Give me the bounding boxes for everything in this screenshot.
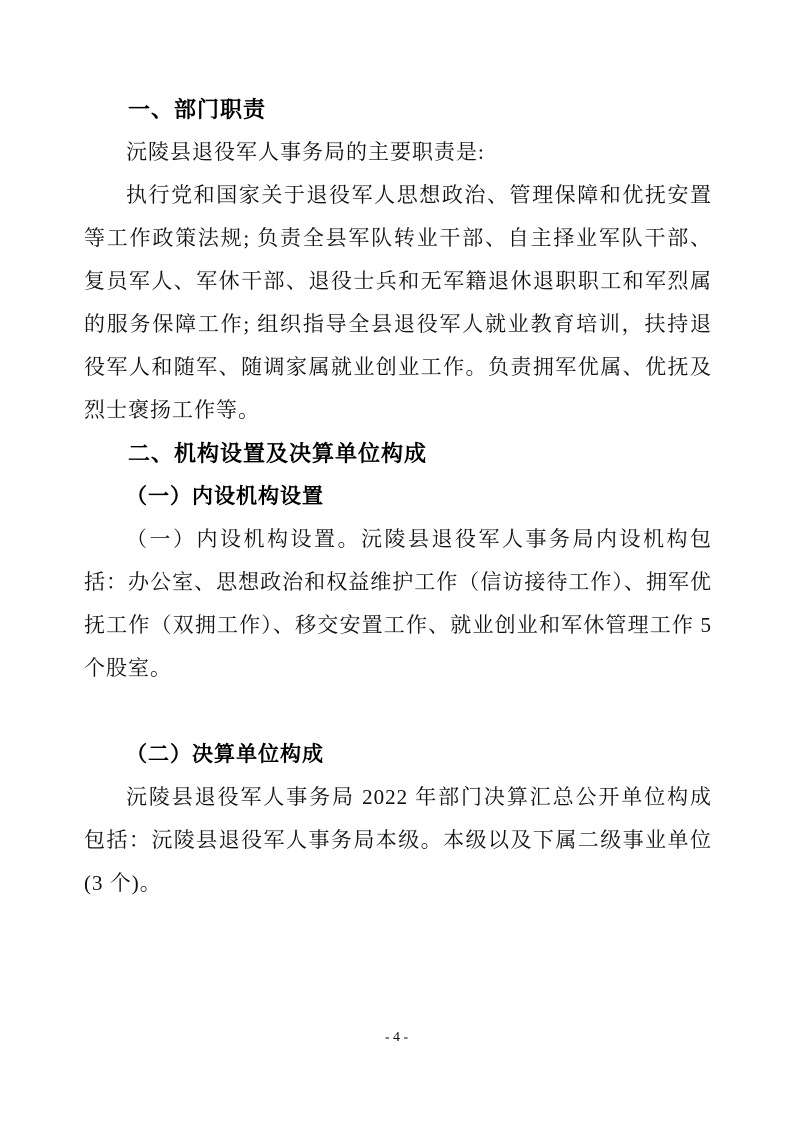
section2-heading: 二、机构设置及决算单位构成 [84, 432, 712, 475]
blank-line-spacer [84, 690, 712, 733]
document-page: 一、部门职责 沅陵县退役军人事务局的主要职责是: 执行党和国家关于退役军人思想政… [0, 0, 793, 1122]
document-content: 一、部门职责 沅陵县退役军人事务局的主要职责是: 执行党和国家关于退役军人思想政… [84, 88, 712, 905]
section1-heading: 一、部门职责 [84, 88, 712, 131]
section2-sub1-paragraph: （一）内设机构设置。沅陵县退役军人事务局内设机构包括：办公室、思想政治和权益维护… [84, 518, 712, 690]
section2-sub1-heading: （一）内设机构设置 [84, 475, 712, 518]
section1-intro-paragraph: 沅陵县退役军人事务局的主要职责是: [84, 131, 712, 174]
section2-sub2-heading: （二）决算单位构成 [84, 733, 712, 776]
page-number: - 4 - [0, 1028, 793, 1048]
section2-sub2-paragraph: 沅陵县退役军人事务局 2022 年部门决算汇总公开单位构成包括：沅陵县退役军人事… [84, 776, 712, 905]
section1-duties-paragraph: 执行党和国家关于退役军人思想政治、管理保障和优抚安置等工作政策法规; 负责全县军… [84, 174, 712, 432]
